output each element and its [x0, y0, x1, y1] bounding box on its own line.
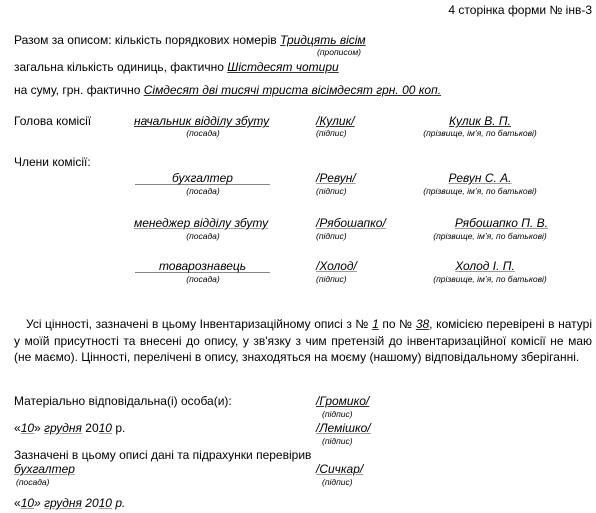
date-1-suffix: р.	[112, 421, 125, 435]
member-1-position: бухгалтер	[135, 171, 270, 185]
member-3-position: товарознавець	[135, 259, 270, 273]
responsible-label: Матеріально відповідальна(і) особа(и):	[14, 394, 232, 408]
checked-signature-caption: (підпис)	[322, 477, 353, 487]
checked-position-caption: (посада)	[16, 477, 49, 487]
responsible-signature-1-caption: (підпис)	[322, 409, 353, 419]
units-value: Шістдесят чотири	[227, 60, 338, 74]
member-2-position: менеджер відділу збуту	[134, 216, 268, 230]
statement-part1: Усі цінності, зазначені в цьому Інвентар…	[26, 317, 372, 331]
date-2-day: 10	[21, 496, 34, 510]
date-2-open: «	[14, 496, 21, 510]
statement-from-no: 1	[372, 317, 379, 331]
statement-part2: по №	[379, 317, 416, 331]
member-2-name: Рябошапко П. В.	[455, 216, 548, 230]
date-1-day: 10	[21, 421, 34, 435]
date-1-close: »	[34, 421, 41, 435]
member-2-signature-caption: (підпис)	[316, 231, 347, 241]
sum-label: на суму, грн. фактично	[14, 83, 140, 97]
ordinal-caption: (прописом)	[317, 47, 361, 57]
chairman-position-caption: (посада)	[134, 128, 272, 138]
date-1: «10» грудня 2010 р.	[14, 421, 125, 435]
date-2: «10» грудня 2010 р.	[14, 496, 125, 510]
date-2-year-prefix: 20	[85, 496, 98, 510]
units-label: загальна кількість одиниць, фактично	[14, 60, 224, 74]
statement-to-no: 38	[416, 317, 429, 331]
date-2-year-suffix: 10	[99, 496, 112, 510]
member-3-name-caption: (прізвище, ім’я, по батькові)	[415, 274, 565, 284]
member-1-signature: /Ревун/	[316, 171, 356, 185]
member-1-name: Ревун С. А.	[410, 171, 550, 185]
member-2-signature: /Рябошапко/	[316, 216, 386, 230]
checked-label: Зазначені в цьому описі дані та підрахун…	[14, 448, 311, 462]
member-1-name-caption: (прізвище, ім’я, по батькові)	[405, 186, 555, 196]
chairman-signature-caption: (підпис)	[316, 128, 347, 138]
responsible-signature-1: /Громико/	[316, 394, 369, 408]
chairman-name-caption: (прізвище, ім’я, по батькові)	[405, 128, 555, 138]
date-1-year-prefix: 20	[85, 421, 98, 435]
date-1-year-suffix: 10	[99, 421, 112, 435]
date-2-month: грудня	[44, 496, 82, 510]
member-3-position-caption: (посада)	[134, 274, 272, 284]
totals-units-line: загальна кількість одиниць, фактично Шіс…	[14, 60, 339, 74]
member-2-position-caption: (посада)	[134, 231, 272, 241]
date-2-suffix: р.	[112, 496, 125, 510]
chairman-name: Кулик В. П.	[410, 114, 550, 128]
date-2-close: »	[34, 496, 41, 510]
responsible-signature-2-caption: (підпис)	[322, 436, 353, 446]
members-label: Члени комісії:	[14, 155, 91, 169]
checked-position: бухгалтер	[14, 462, 75, 476]
statement-paragraph: Усі цінності, зазначені в цьому Інвентар…	[14, 316, 592, 366]
chairman-signature: /Кулик/	[316, 114, 355, 128]
ordinal-label: Разом за описом: кількість порядкових но…	[14, 33, 277, 47]
member-3-name: Холод І. П.	[415, 259, 555, 273]
chairman-label: Голова комісії	[14, 114, 91, 128]
member-2-name-caption: (прізвище, ім’я, по батькові)	[415, 231, 565, 241]
member-1-position-caption: (посада)	[134, 186, 272, 196]
sum-value: Сімдесят дві тисячі триста вісімдесят гр…	[144, 83, 441, 97]
member-3-signature-caption: (підпис)	[316, 274, 347, 284]
member-3-signature: /Холод/	[316, 259, 357, 273]
ordinal-value: Тридцять вісім	[280, 33, 366, 47]
chairman-position: начальник відділу збуту	[134, 114, 269, 128]
totals-ordinal-line: Разом за описом: кількість порядкових но…	[14, 33, 366, 47]
member-1-signature-caption: (підпис)	[316, 186, 347, 196]
date-1-open: «	[14, 421, 21, 435]
checked-signature: /Сичкар/	[316, 462, 363, 476]
responsible-signature-2: /Лемішко/	[316, 421, 371, 435]
totals-sum-line: на суму, грн. фактично Сімдесят дві тися…	[14, 83, 441, 97]
page-label: 4 сторінка форми № інв-3	[448, 3, 592, 17]
date-1-month: грудня	[44, 421, 82, 435]
